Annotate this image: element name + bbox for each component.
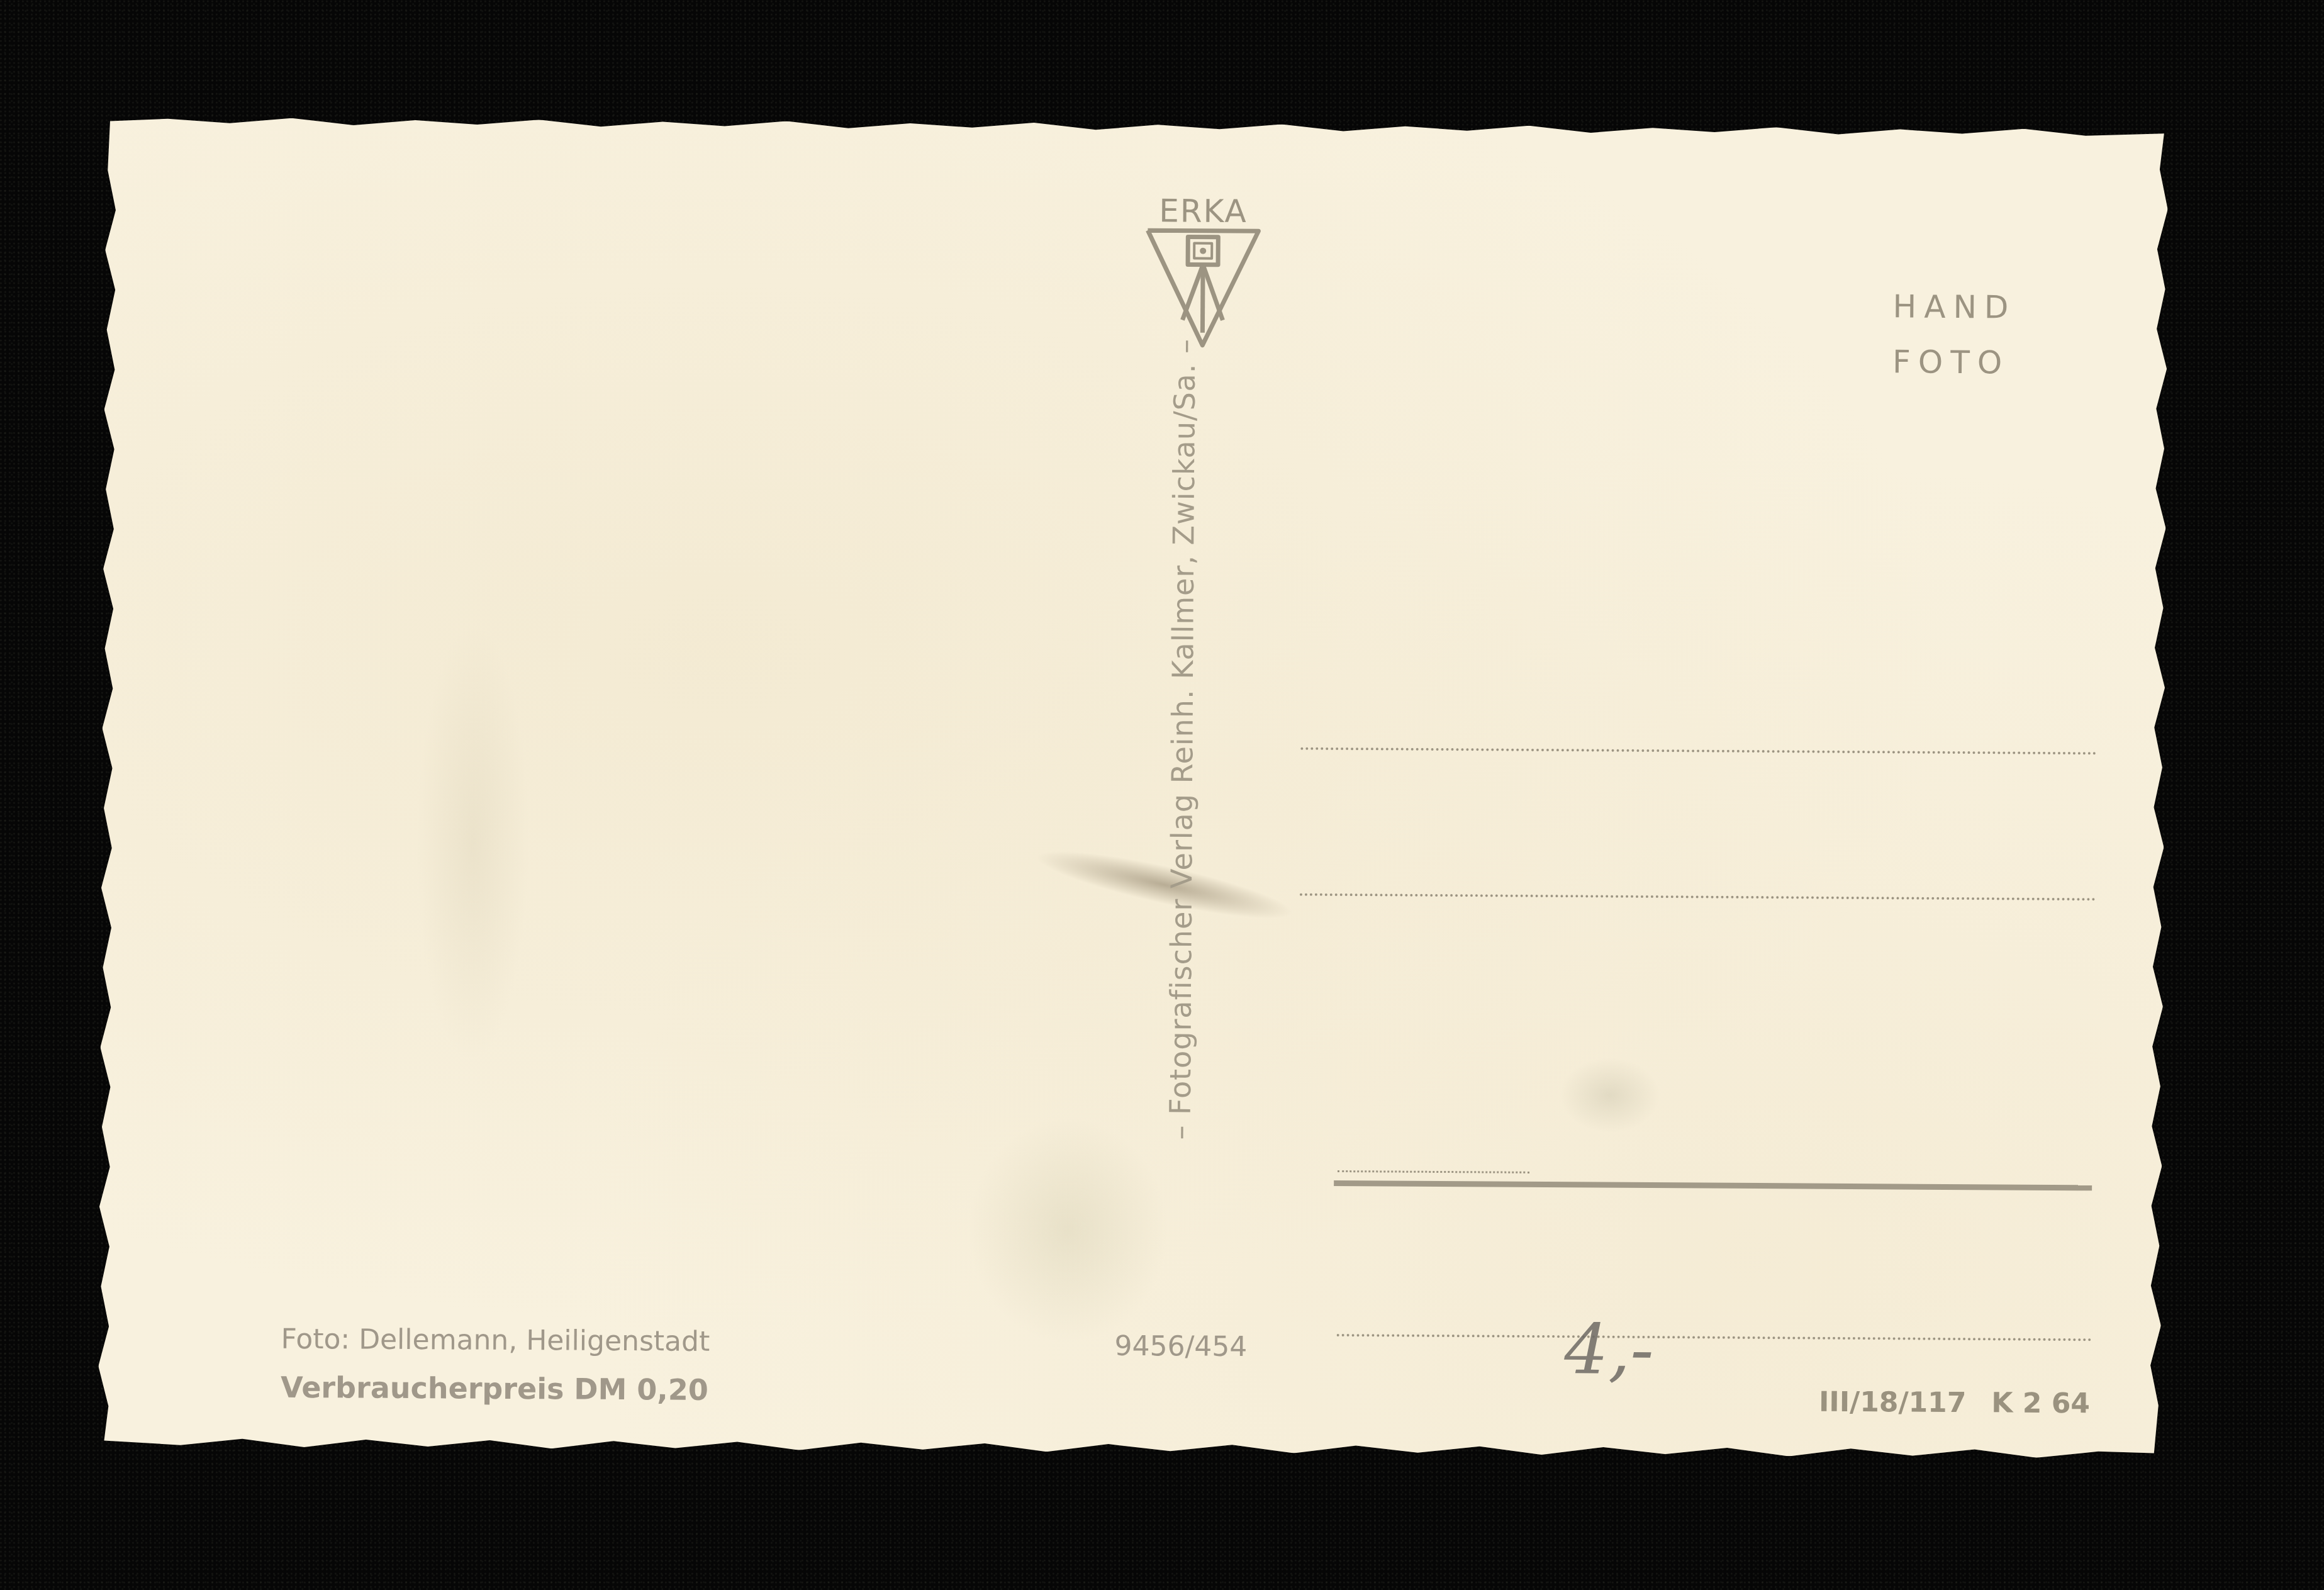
consumer-price: Verbraucherpreis DM 0,20 <box>281 1370 708 1407</box>
erka-logo: ERKA <box>1139 193 1266 350</box>
stamp-box-label: HAND FOTO <box>1892 279 2016 390</box>
postcard-back: ERKA HAND FOTO – Fotografischer Verlag R… <box>98 117 2169 1458</box>
stain <box>415 622 530 1063</box>
stamp-box-label-line2: FOTO <box>1892 334 2016 390</box>
camera-on-tripod-in-triangle-icon <box>1139 225 1266 352</box>
stain <box>1560 1057 1661 1133</box>
print-code: K 2 64 <box>1991 1387 2090 1419</box>
series-code: III/18/117 <box>1819 1386 1967 1419</box>
address-line-1 <box>1300 747 2096 755</box>
stain <box>967 1116 1170 1344</box>
address-line-3 <box>1334 1180 2092 1190</box>
series-code-block: III/18/117K 2 64 <box>1819 1386 2090 1420</box>
logo-wordmark: ERKA <box>1146 193 1260 230</box>
address-line-3-prefix <box>1338 1170 1529 1173</box>
photo-credit: Foto: Dellemann, Heiligenstadt <box>281 1323 710 1358</box>
publisher-imprint: – Fotografischer Verlag Reinh. Kallmer, … <box>1163 339 1202 1140</box>
stamp-box-label-line1: HAND <box>1892 279 2016 335</box>
address-line-2 <box>1300 893 2096 901</box>
handwritten-price-note: 4,- <box>1564 1309 1654 1390</box>
address-line-4 <box>1337 1334 2092 1341</box>
catalog-number: 9456/454 <box>1114 1330 1247 1363</box>
